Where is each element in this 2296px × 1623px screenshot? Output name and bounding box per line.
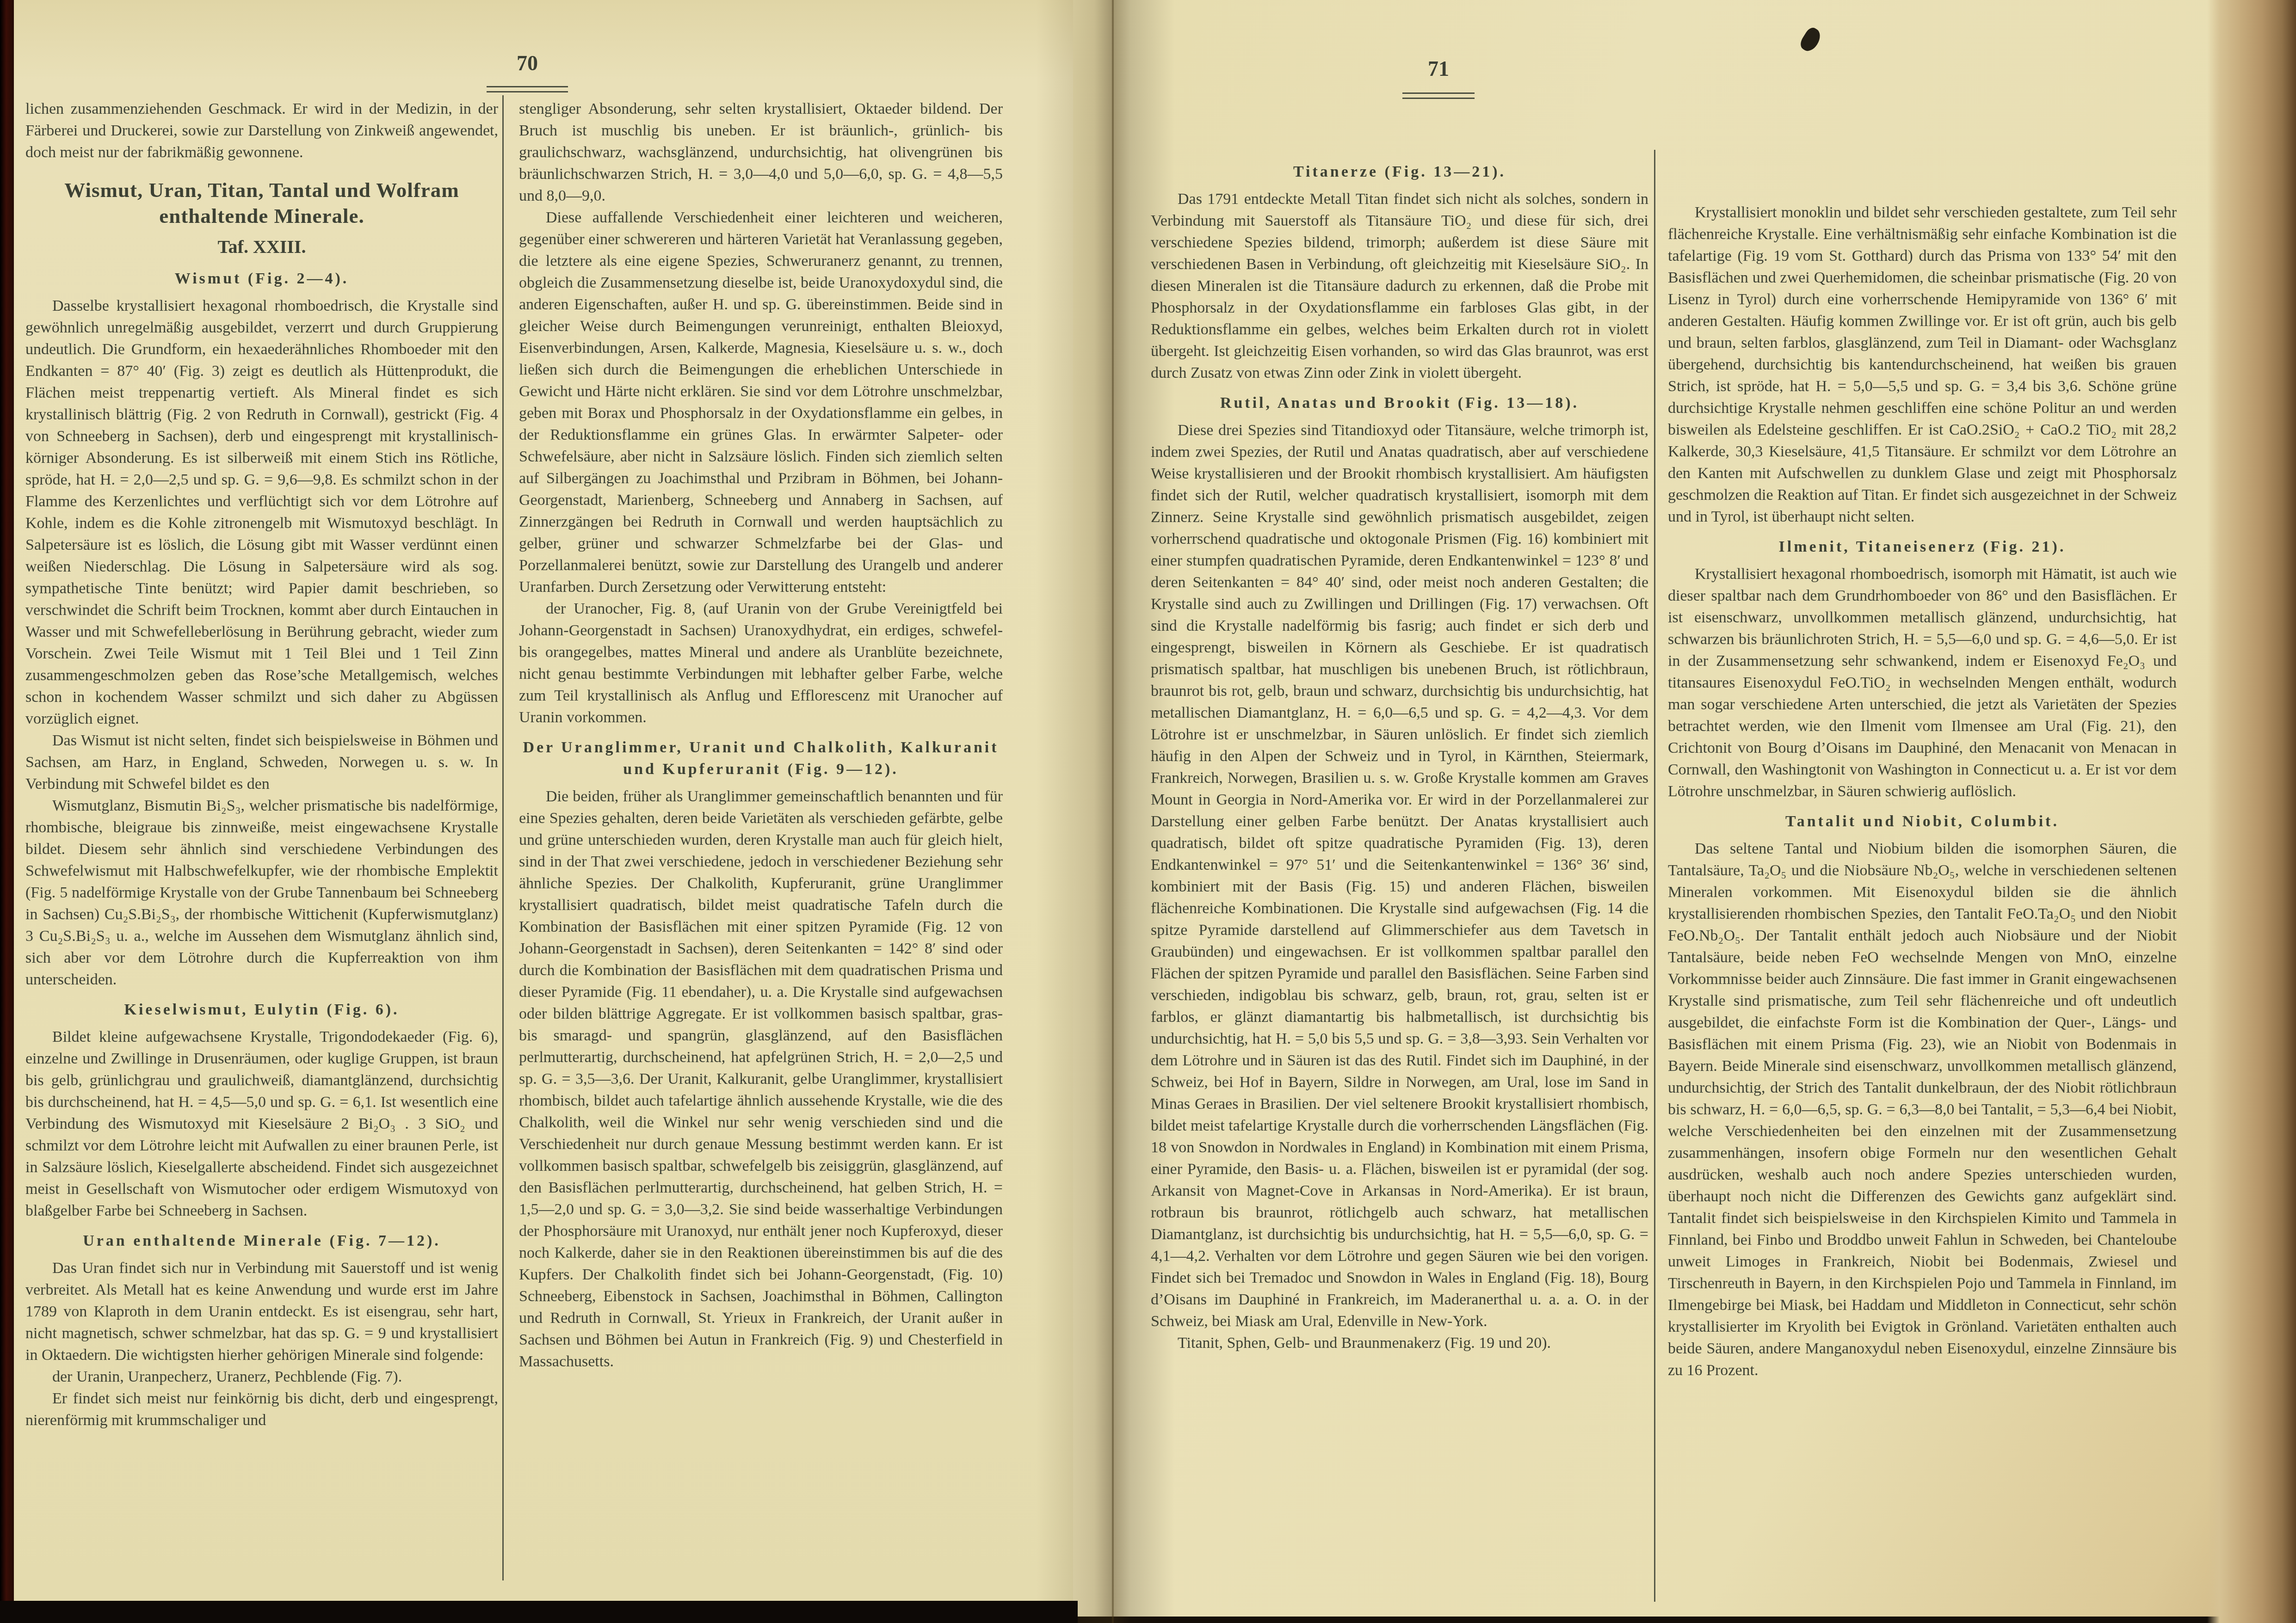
book-scan: 70 lichen zusammenziehenden Geschmack. E… — [0, 0, 2296, 1623]
scan-bottom-edge — [0, 1601, 1078, 1623]
section-heading: Der Uranglimmer, Uranit und Chalkolith, … — [519, 737, 1003, 780]
page-70: 70 lichen zusammenziehenden Geschmack. E… — [14, 0, 1073, 1601]
paragraph: Wismutglanz, Bismutin Bi₂S₃, welcher pri… — [25, 795, 498, 990]
page-number-70: 70 — [476, 51, 578, 75]
paragraph: Das 1791 entdeckte Metall Titan findet s… — [1151, 188, 1648, 384]
section-heading: Taf. XXIII. — [25, 235, 498, 258]
paragraph: Das Uran findet sich nur in Verbindung m… — [25, 1257, 498, 1366]
paragraph: Diese auffallende Verschiedenheit einer … — [519, 207, 1003, 598]
section-heading: Uran enthaltende Minerale (Fig. 7—12). — [25, 1230, 498, 1252]
paragraph: Die beiden, früher als Uranglimmer gemei… — [519, 786, 1003, 1372]
section-heading: Wismut (Fig. 2—4). — [25, 268, 498, 289]
paragraph: Er findet sich meist nur feinkörnig bis … — [25, 1388, 498, 1431]
page-number-71: 71 — [1388, 56, 1489, 81]
column-divider — [1654, 150, 1655, 1602]
section-heading: Kieselwismut, Eulytin (Fig. 6). — [25, 999, 498, 1021]
section-heading: Wismut, Uran, Titan, Tantal und Wolfram … — [44, 177, 480, 229]
page-number-label: 70 — [517, 51, 538, 75]
column-71-right: Krystallisiert monoklin und bildet sehr … — [1668, 202, 2177, 1612]
paragraph: lichen zusammenziehenden Geschmack. Er w… — [25, 98, 498, 163]
page-71: 71 Titanerze (Fig. 13—21).Das 1791 entde… — [1073, 0, 2296, 1617]
paragraph: stengliger Absonderung, sehr selten krys… — [519, 98, 1003, 207]
paragraph: der Uranin, Uranpecherz, Uranerz, Pechbl… — [25, 1366, 498, 1388]
gutter-crease — [1112, 0, 1114, 1623]
section-heading: Ilmenit, Titaneisenerz (Fig. 21). — [1668, 536, 2177, 558]
paragraph: Krystallisiert monoklin und bildet sehr … — [1668, 202, 2177, 528]
column-70-left: lichen zusammenziehenden Geschmack. Er w… — [25, 98, 498, 1595]
ink-blot — [1798, 25, 1824, 54]
section-heading: Tantalit und Niobit, Columbit. — [1668, 811, 2177, 832]
page-number-label: 71 — [1428, 57, 1449, 80]
column-divider — [502, 95, 504, 1580]
paragraph: Diese drei Spezies sind Titandioxyd oder… — [1151, 419, 1648, 1332]
column-70-right: stengliger Absonderung, sehr selten krys… — [519, 98, 1003, 1595]
scan-left-edge — [0, 0, 14, 1623]
page-number-rule — [1402, 92, 1475, 99]
paragraph: Titanit, Sphen, Gelb- und Braunmenakerz … — [1151, 1332, 1648, 1354]
paragraph: Krystallisiert hexagonal rhomboedrisch, … — [1668, 563, 2177, 802]
paragraph: Das Wismut ist nicht selten, findet sich… — [25, 730, 498, 795]
paragraph: Dasselbe krystallisiert hexagonal rhombo… — [25, 295, 498, 730]
section-heading: Titanerze (Fig. 13—21). — [1151, 161, 1648, 183]
section-heading: Rutil, Anatas und Brookit (Fig. 13—18). — [1151, 392, 1648, 414]
paragraph: Bildet kleine aufgewachsene Krystalle, T… — [25, 1026, 498, 1222]
paragraph: Das seltene Tantal und Niobium bilden di… — [1668, 838, 2177, 1381]
page-edge-stack — [2207, 0, 2296, 1623]
column-71-left: Titanerze (Fig. 13—21).Das 1791 entdeckt… — [1151, 153, 1648, 1612]
page-number-rule — [487, 86, 568, 92]
paragraph: der Uranocher, Fig. 8, (auf Uranin von d… — [519, 598, 1003, 728]
